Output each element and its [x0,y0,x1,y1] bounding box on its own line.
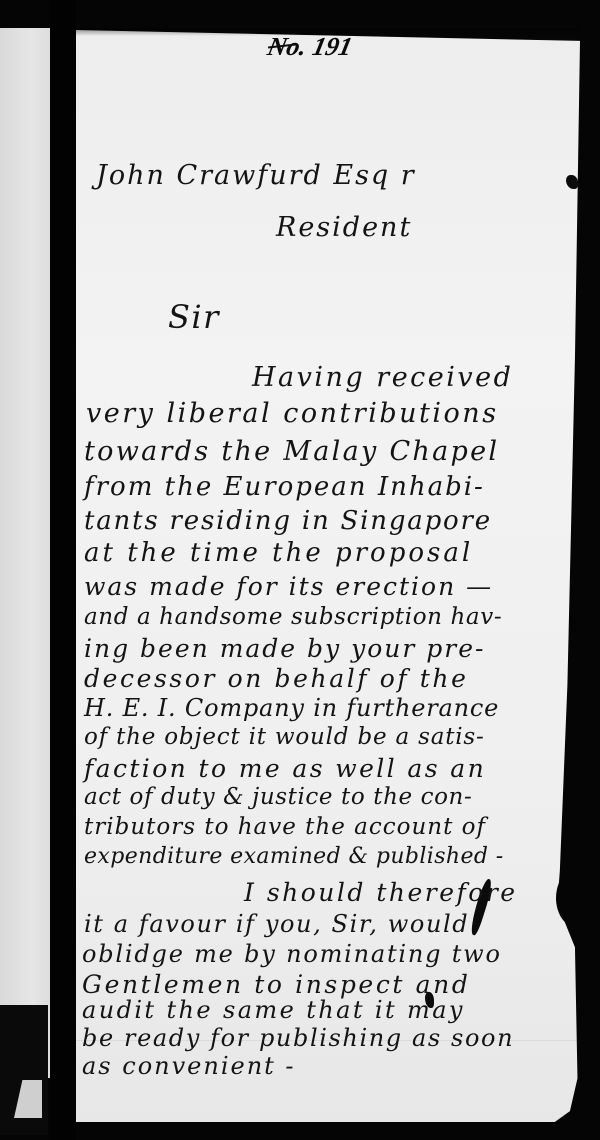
letter-line: audit the same that it may [82,996,465,1024]
letter-line: was made for its erection — [84,572,493,601]
letter-line: tributors to have the account of [84,814,486,840]
folio-number: No. 191 [265,32,355,62]
adjacent-page-left [0,28,52,1078]
addressee-title: Resident [276,212,412,243]
letter-line: towards the Malay Chapel [84,436,499,467]
letter-line: Having received [252,362,513,393]
letter-line: H. E. I. Company in furtherance [84,694,499,722]
letter-line: faction to me as well as an [84,754,486,783]
letter-line: very liberal contributions [86,398,499,429]
letter-line: as convenient - [82,1052,296,1080]
addressee-name: John Crawfurd Esq r [96,160,416,191]
letter-line: oblidge me by nominating two [82,940,502,968]
letter-line: tants residing in Singapore [84,506,492,536]
paper-tear [556,868,600,928]
letter-line: at the time the proposal [84,538,473,568]
letter-line: be ready for publishing as soon [82,1024,514,1052]
letter-line: act of duty & justice to the con- [84,784,472,810]
letter-line: ing been made by your pre- [84,634,486,663]
letter-line: I should therefore [244,878,518,907]
letter-line: of the object it would be a satis- [84,724,485,750]
letter-line: and a handsome subscription hav- [84,604,502,630]
letter-line: expenditure examined & published - [84,844,504,869]
letter-line: decessor on behalf of the [84,664,469,693]
letter-line: from the European Inhabi- [84,472,485,502]
binding-gutter [50,0,76,1140]
letter-line: it a favour if you, Sir, would [84,910,469,938]
ink-blot [566,175,578,189]
salutation: Sir [168,298,220,336]
letter-line: Gentlemen to inspect and [82,970,470,999]
